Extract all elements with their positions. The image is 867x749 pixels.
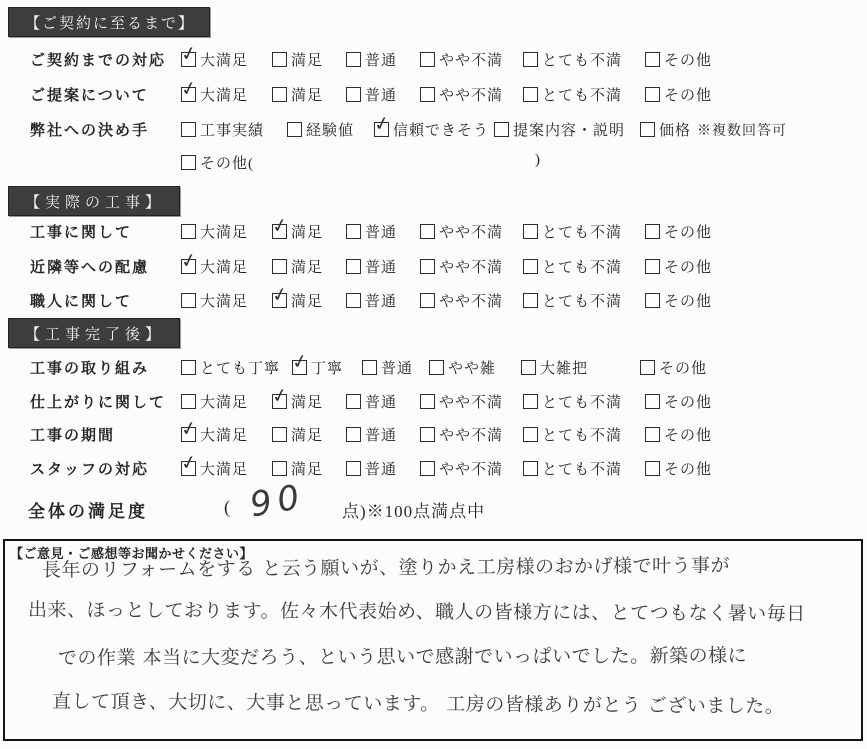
option-label: 丁寧 — [311, 361, 343, 377]
option-label: やや不満 — [439, 88, 503, 104]
checkbox[interactable]: ✓ — [645, 394, 660, 409]
option: ✓やや不満 — [420, 424, 503, 445]
checkbox[interactable]: ✓ — [181, 259, 196, 274]
checkbox[interactable]: ✓ — [181, 155, 196, 170]
option-label: その他 — [659, 361, 707, 377]
option: ✓やや不満 — [420, 290, 503, 311]
option: ✓普通 — [346, 458, 397, 479]
option-label: その他 — [664, 395, 712, 411]
survey-row: 職人に関して ✓大満足 ✓満足 ✓普通 ✓やや不満 ✓とても不満 ✓その他 — [0, 290, 867, 312]
option-label: 満足 — [291, 260, 323, 276]
check-icon: ✓ — [270, 214, 290, 239]
checkbox[interactable]: ✓ — [523, 394, 538, 409]
option: ✓大満足 — [181, 256, 248, 277]
handwritten-comment-line: 出来、ほっとしております。佐々木代表始め、職人の皆様方には、とてつもなく暑い毎日 — [28, 595, 806, 626]
option: ✓その他 — [645, 458, 712, 479]
option-label: 大雑把 — [540, 361, 588, 377]
option-label: その他 — [664, 88, 712, 104]
checkbox[interactable]: ✓ — [346, 461, 361, 476]
option: ✓普通 — [346, 221, 397, 242]
checkbox[interactable]: ✓ — [521, 360, 536, 375]
checkbox[interactable]: ✓ — [645, 224, 660, 239]
checkbox[interactable]: ✓ — [346, 427, 361, 442]
option-label: 大満足 — [200, 395, 248, 411]
checkbox[interactable]: ✓ — [272, 259, 287, 274]
handwritten-comment-line: での作業 本当に大変だろう、という思いで感謝でいっぱいでした。新築の様に — [58, 641, 747, 670]
check-icon: ✓ — [290, 350, 310, 375]
handwritten-comment-line: 直して頂き、大切に、大事と思っています。 工房の皆様ありがとう ございました。 — [52, 686, 784, 718]
option: ✓満足 — [272, 221, 323, 242]
option-label: その他 — [664, 260, 712, 276]
checkbox[interactable]: ✓ — [346, 394, 361, 409]
option: ✓やや雑 — [429, 357, 496, 378]
option: ✓普通 — [346, 256, 397, 277]
checkbox[interactable]: ✓ — [272, 87, 287, 102]
option-label: やや不満 — [439, 462, 503, 478]
checkbox[interactable]: ✓ — [645, 52, 660, 67]
option: ✓大満足 — [181, 391, 248, 412]
checkbox[interactable]: ✓ — [181, 293, 196, 308]
option: ✓その他 — [640, 357, 707, 378]
checkbox[interactable]: ✓ — [272, 394, 287, 409]
option: ✓満足 — [272, 424, 323, 445]
checkbox[interactable]: ✓ — [181, 87, 196, 102]
row-label: 近隣等への配慮 — [30, 256, 149, 277]
checkbox[interactable]: ✓ — [292, 360, 307, 375]
option: ✓とても不満 — [523, 391, 622, 412]
option-label: 大満足 — [200, 88, 248, 104]
overall-label: 全体の満足度 — [28, 497, 148, 522]
check-icon: ✓ — [270, 384, 290, 409]
survey-row: ご提案について ✓大満足 ✓満足 ✓普通 ✓やや不満 ✓とても不満 ✓その他 — [0, 84, 867, 106]
checkbox[interactable]: ✓ — [429, 360, 444, 375]
option-label: 普通 — [365, 395, 397, 411]
option-label: やや不満 — [439, 225, 503, 241]
option: ✓満足 — [272, 256, 323, 277]
checkbox[interactable]: ✓ — [645, 427, 660, 442]
option-label: 普通 — [365, 53, 397, 69]
option-label: やや不満 — [439, 428, 503, 444]
option: ✓その他 — [645, 290, 712, 311]
option: ✓とても不満 — [523, 49, 622, 70]
checkbox[interactable]: ✓ — [420, 52, 435, 67]
option-label: 大満足 — [200, 260, 248, 276]
checkbox[interactable]: ✓ — [420, 427, 435, 442]
option-label: とても不満 — [542, 225, 622, 241]
checkbox[interactable]: ✓ — [640, 360, 655, 375]
checkbox[interactable]: ✓ — [272, 461, 287, 476]
option: ✓その他 — [645, 84, 712, 105]
option: ✓経験値 — [287, 119, 354, 140]
checkbox[interactable]: ✓ — [272, 52, 287, 67]
option: ✓とても不満 — [523, 84, 622, 105]
option-label: 提案内容・説明 — [513, 123, 625, 139]
option: ✓普通 — [346, 49, 397, 70]
handwritten-score: 90 — [247, 477, 308, 526]
option-label: とても不満 — [542, 53, 622, 69]
option: ✓やや不満 — [420, 256, 503, 277]
option: ✓大満足 — [181, 84, 248, 105]
comments-box: 【ご意見・ご感想等お聞かせください】 長年のリフォームをする と云う願いが、塗り… — [3, 539, 863, 741]
option-label: 満足 — [291, 428, 323, 444]
option-label: 工事実績 — [200, 123, 264, 139]
option: ✓やや不満 — [420, 221, 503, 242]
option: ✓とても不満 — [523, 256, 622, 277]
survey-row: 仕上がりに関して ✓大満足 ✓満足 ✓普通 ✓やや不満 ✓とても不満 ✓その他 — [0, 391, 867, 413]
checkbox[interactable]: ✓ — [523, 87, 538, 102]
row-label: 工事の取り組み — [30, 357, 149, 378]
option-label: とても不満 — [542, 294, 622, 310]
checkbox[interactable]: ✓ — [272, 293, 287, 308]
option-label: やや不満 — [439, 260, 503, 276]
option: ✓その他 — [645, 391, 712, 412]
row-label: 弊社への決め手 — [30, 119, 149, 140]
checkbox[interactable]: ✓ — [181, 394, 196, 409]
option: ✓丁寧 — [292, 357, 343, 378]
checkbox[interactable]: ✓ — [645, 461, 660, 476]
option-label: とても不満 — [542, 395, 622, 411]
checkbox[interactable]: ✓ — [272, 224, 287, 239]
checkbox[interactable]: ✓ — [346, 259, 361, 274]
option-label: その他 — [664, 294, 712, 310]
multiple-answers-note: ※複数回答可 — [697, 120, 787, 140]
option: ✓工事実績 — [181, 119, 264, 140]
option-label: 満足 — [291, 294, 323, 310]
option-label: とても不満 — [542, 260, 622, 276]
option: ✓とても不満 — [523, 290, 622, 311]
option: ✓その他 — [645, 256, 712, 277]
section-header-after-completion: 【工事完了後】 — [8, 318, 180, 348]
survey-row: 近隣等への配慮 ✓大満足 ✓満足 ✓普通 ✓やや不満 ✓とても不満 ✓その他 — [0, 256, 867, 278]
option: ✓とても丁寧 — [181, 357, 280, 378]
check-icon: ✓ — [179, 451, 199, 476]
option: ✓価格 — [640, 119, 691, 140]
option-label: 満足 — [291, 53, 323, 69]
option: ✓提案内容・説明 — [494, 119, 625, 140]
survey-row: 工事に関して ✓大満足 ✓満足 ✓普通 ✓やや不満 ✓とても不満 ✓その他 — [0, 221, 867, 243]
checkbox[interactable]: ✓ — [420, 87, 435, 102]
option: ✓普通 — [362, 357, 413, 378]
checkbox[interactable]: ✓ — [272, 427, 287, 442]
option: ✓その他 — [645, 49, 712, 70]
option: ✓その他 — [645, 424, 712, 445]
row-label: 仕上がりに関して — [30, 391, 166, 412]
survey-row: ✓その他( ) — [0, 152, 867, 174]
option-label: とても不満 — [542, 462, 622, 478]
option: ✓やや不満 — [420, 391, 503, 412]
option-label: 普通 — [365, 428, 397, 444]
option-label: 普通 — [365, 260, 397, 276]
option: ✓とても不満 — [523, 221, 622, 242]
section-header-construction: 【実際の工事】 — [8, 186, 180, 216]
option-label: 満足 — [291, 395, 323, 411]
checkbox[interactable]: ✓ — [523, 259, 538, 274]
option: ✓普通 — [346, 391, 397, 412]
checkbox[interactable]: ✓ — [181, 122, 196, 137]
checkbox[interactable]: ✓ — [287, 122, 302, 137]
option-label: その他 — [664, 462, 712, 478]
row-label: スタッフの対応 — [30, 458, 149, 479]
survey-row: 弊社への決め手 ✓工事実績 ✓経験値 ✓信頼できそう ✓提案内容・説明 ✓価格 … — [0, 119, 867, 141]
checkbox[interactable]: ✓ — [181, 461, 196, 476]
option-label: やや雑 — [448, 361, 496, 377]
option-label: とても不満 — [542, 428, 622, 444]
checkbox[interactable]: ✓ — [362, 360, 377, 375]
option-label: 大満足 — [200, 53, 248, 69]
checkbox[interactable]: ✓ — [420, 259, 435, 274]
option: ✓満足 — [272, 391, 323, 412]
option-label: 普通 — [365, 225, 397, 241]
option: ✓その他( — [181, 152, 254, 173]
option: ✓満足 — [272, 290, 323, 311]
option-label: 普通 — [365, 462, 397, 478]
option-label: 大満足 — [200, 462, 248, 478]
checkbox[interactable]: ✓ — [494, 122, 509, 137]
paren-close: ) — [535, 152, 540, 169]
check-icon: ✓ — [179, 77, 199, 102]
option-label: とても不満 — [542, 88, 622, 104]
option-label: 経験値 — [306, 123, 354, 139]
checkbox[interactable]: ✓ — [420, 293, 435, 308]
option-label: 満足 — [291, 88, 323, 104]
survey-form: 【ご契約に至るまで】 ご契約までの対応 ✓大満足 ✓満足 ✓普通 ✓やや不満 ✓… — [0, 0, 867, 749]
survey-row: 工事の取り組み ✓とても丁寧 ✓丁寧 ✓普通 ✓やや雑 ✓大雑把 ✓その他 — [0, 357, 867, 379]
check-icon: ✓ — [179, 42, 199, 67]
checkbox[interactable]: ✓ — [346, 293, 361, 308]
section-header-contract: 【ご契約に至るまで】 — [8, 7, 210, 37]
option: ✓大満足 — [181, 424, 248, 445]
option-label: 大満足 — [200, 225, 248, 241]
row-label: 工事の期間 — [30, 424, 115, 445]
checkbox[interactable]: ✓ — [346, 87, 361, 102]
option: ✓大満足 — [181, 221, 248, 242]
overall-satisfaction-row: 全体の満足度 ( 90 点)※100点満点中 — [0, 497, 867, 519]
row-label: 職人に関して — [30, 290, 132, 311]
checkbox[interactable]: ✓ — [346, 224, 361, 239]
option: ✓その他 — [645, 221, 712, 242]
checkbox[interactable]: ✓ — [523, 52, 538, 67]
checkbox[interactable]: ✓ — [523, 224, 538, 239]
option: ✓信頼できそう — [374, 119, 489, 140]
option: ✓満足 — [272, 49, 323, 70]
checkbox[interactable]: ✓ — [181, 360, 196, 375]
option-label: 大満足 — [200, 428, 248, 444]
checkbox[interactable]: ✓ — [181, 52, 196, 67]
option: ✓大雑把 — [521, 357, 588, 378]
option-label: その他 — [664, 225, 712, 241]
check-icon: ✓ — [179, 249, 199, 274]
checkbox[interactable]: ✓ — [181, 224, 196, 239]
option-label: やや不満 — [439, 395, 503, 411]
row-label: ご提案について — [30, 84, 149, 105]
option: ✓やや不満 — [420, 84, 503, 105]
checkbox[interactable]: ✓ — [420, 461, 435, 476]
option: ✓普通 — [346, 290, 397, 311]
checkbox[interactable]: ✓ — [420, 224, 435, 239]
option-label: とても丁寧 — [200, 361, 280, 377]
option-label: その他( — [200, 156, 254, 172]
option-label: やや不満 — [439, 53, 503, 69]
option-label: 大満足 — [200, 294, 248, 310]
checkbox[interactable]: ✓ — [645, 259, 660, 274]
checkbox[interactable]: ✓ — [346, 52, 361, 67]
checkbox[interactable]: ✓ — [523, 461, 538, 476]
row-label: ご契約までの対応 — [30, 49, 166, 70]
option-label: その他 — [664, 428, 712, 444]
checkbox[interactable]: ✓ — [523, 427, 538, 442]
survey-row: 工事の期間 ✓大満足 ✓満足 ✓普通 ✓やや不満 ✓とても不満 ✓その他 — [0, 424, 867, 446]
checkbox[interactable]: ✓ — [420, 394, 435, 409]
checkbox[interactable]: ✓ — [640, 122, 655, 137]
option: ✓満足 — [272, 458, 323, 479]
overall-suffix: 点)※100点満点中 — [342, 497, 485, 522]
option: ✓大満足 — [181, 49, 248, 70]
option-label: やや不満 — [439, 294, 503, 310]
option: ✓とても不満 — [523, 458, 622, 479]
option: ✓とても不満 — [523, 424, 622, 445]
option: ✓満足 — [272, 84, 323, 105]
checkbox[interactable]: ✓ — [645, 293, 660, 308]
paren-open: ( — [224, 497, 230, 518]
check-icon: ✓ — [372, 112, 392, 137]
checkbox[interactable]: ✓ — [181, 427, 196, 442]
option: ✓やや不満 — [420, 49, 503, 70]
row-label: 工事に関して — [30, 221, 132, 242]
option-label: 普通 — [365, 88, 397, 104]
option-label: 価格 — [659, 123, 691, 139]
option: ✓大満足 — [181, 458, 248, 479]
check-icon: ✓ — [270, 283, 290, 308]
check-icon: ✓ — [179, 417, 199, 442]
option-label: 普通 — [365, 294, 397, 310]
survey-row: スタッフの対応 ✓大満足 ✓満足 ✓普通 ✓やや不満 ✓とても不満 ✓その他 — [0, 458, 867, 480]
option: ✓普通 — [346, 84, 397, 105]
option-label: 信頼できそう — [393, 123, 489, 139]
option: ✓普通 — [346, 424, 397, 445]
option-label: その他 — [664, 53, 712, 69]
checkbox[interactable]: ✓ — [374, 122, 389, 137]
option: ✓やや不満 — [420, 458, 503, 479]
checkbox[interactable]: ✓ — [645, 87, 660, 102]
option-label: 普通 — [381, 361, 413, 377]
checkbox[interactable]: ✓ — [523, 293, 538, 308]
option-label: 満足 — [291, 225, 323, 241]
handwritten-comment-line: 長年のリフォームをする と云う願いが、塗りかえ工房様のおかげ様で叶う事が — [42, 551, 730, 583]
option-label: 満足 — [291, 462, 323, 478]
option: ✓大満足 — [181, 290, 248, 311]
survey-row: ご契約までの対応 ✓大満足 ✓満足 ✓普通 ✓やや不満 ✓とても不満 ✓その他 — [0, 49, 867, 71]
